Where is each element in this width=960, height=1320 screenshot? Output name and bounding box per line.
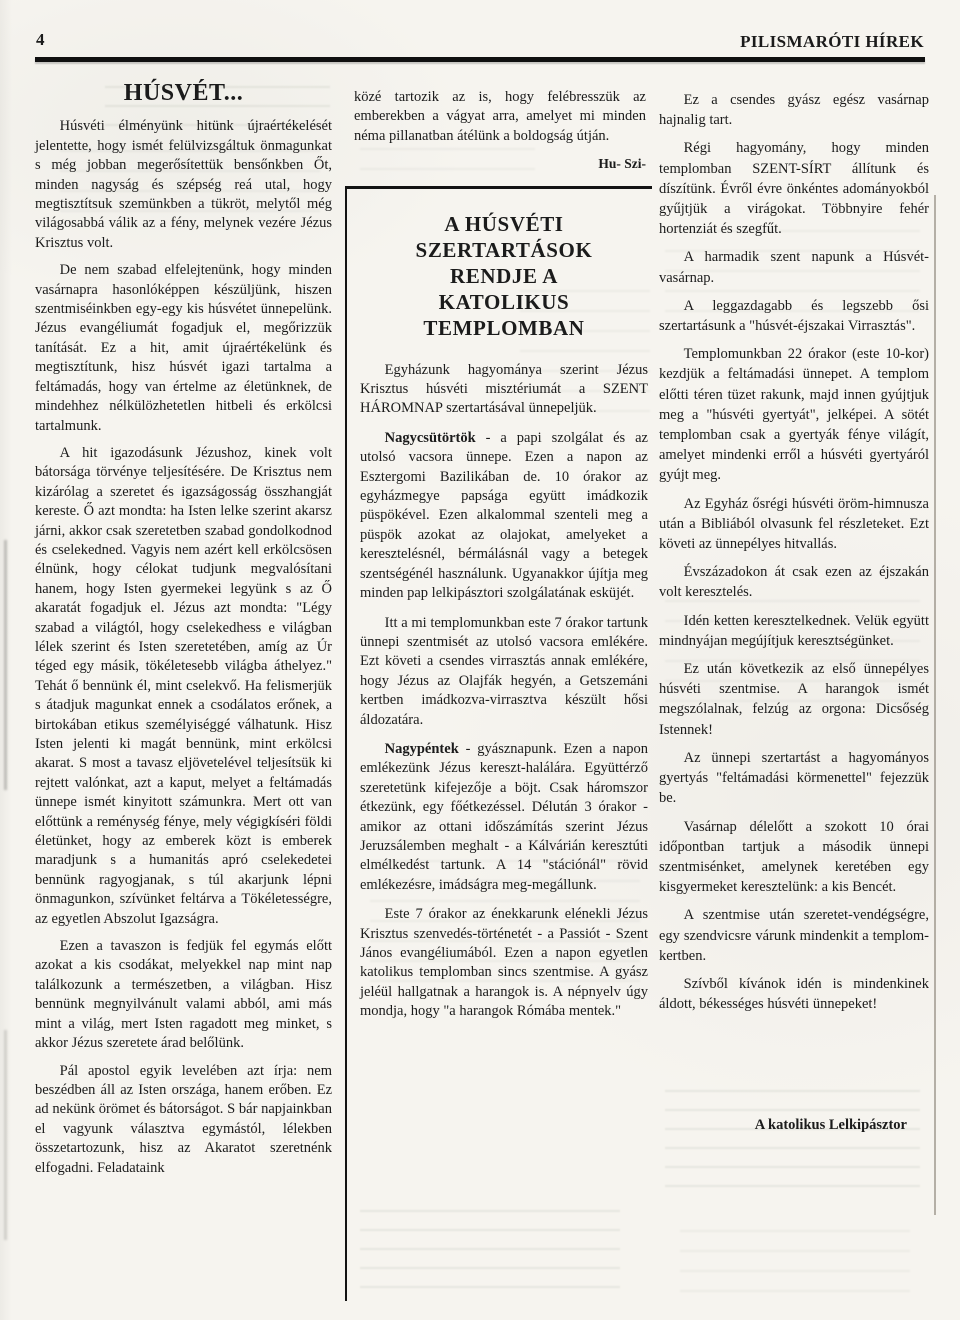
paragraph: Az Egyház ősrégi húsvéti öröm-himnusza u…	[659, 494, 929, 555]
paragraph: De nem szabad elfelejtenünk, hogy minden…	[35, 261, 332, 436]
paragraph: Vasárnap délelőtt a szokott 10 órai időp…	[659, 817, 929, 898]
scan-edge-smudge	[4, 1030, 7, 1240]
right-column-body: Ez a csendes gyász egész vasárnap hajnal…	[659, 90, 929, 1014]
article-body: Húsvéti élményünk hitünk újraértékelését…	[35, 117, 332, 1178]
bleedthrough-artifact	[680, 1230, 910, 1300]
paragraph: Az ünnepi szertartást a hagyományos gyer…	[659, 748, 929, 809]
paragraph: Pál apostol egyik levelében azt írja: ne…	[35, 1062, 332, 1178]
box-title: A HÚSVÉTI SZERTARTÁSOK RENDJE A KATOLIKU…	[383, 211, 625, 341]
page-number: 4	[36, 30, 45, 50]
article-title: HÚSVÉT...	[35, 84, 332, 103]
masthead-title: PILISMARÓTI HÍREK	[740, 32, 924, 52]
paragraph: Szívből kívánok idén is mindenkinek áldo…	[659, 974, 929, 1014]
header-rule	[35, 57, 925, 62]
paragraph: A szentmise után szeretet-vendégségre, e…	[659, 905, 929, 966]
ceremony-schedule-box: A HÚSVÉTI SZERTARTÁSOK RENDJE A KATOLIKU…	[345, 186, 652, 1301]
newspaper-page: 4 PILISMARÓTI HÍREK HÚSVÉT... Húsvéti él…	[0, 0, 960, 1320]
author-initials: Hu- Szi-	[345, 154, 646, 173]
right-column: Ez a csendes gyász egész vasárnap hajnal…	[659, 90, 929, 1136]
scan-edge-smudge	[4, 540, 7, 790]
page-edge-artifact	[934, 195, 936, 1215]
paragraph: Ezen a tavaszon is fedjük fel egymás elő…	[35, 937, 332, 1053]
paragraph: Ez a csendes gyász egész vasárnap hajnal…	[659, 90, 929, 130]
paragraph: Nagypéntek - gyásznapunk. Ezen a napon e…	[360, 740, 648, 895]
paragraph: Ez után következik az első ünnepélyes hú…	[659, 659, 929, 740]
paragraph: Régi hagyomány, hogy minden templomban S…	[659, 138, 929, 239]
paragraph: Egyházunk hagyománya szerint Jézus Krisz…	[360, 361, 648, 419]
middle-column: közé tartozik az is, hogy felébresszük a…	[345, 88, 652, 1301]
paragraph: Húsvéti élményünk hitünk újraértékelését…	[35, 117, 332, 253]
paragraph: Este 7 órakor az énekkarunk elénekli Jéz…	[360, 905, 648, 1021]
article-husvet: HÚSVÉT... Húsvéti élményünk hitünk újraé…	[35, 82, 332, 1186]
paragraph: Itt a mi templomunkban este 7 órakor tar…	[360, 614, 648, 730]
paragraph: Templomunkban 22 órakor (este 10-kor) ke…	[659, 344, 929, 485]
continuation-paragraph: közé tartozik az is, hogy felébresszük a…	[345, 88, 652, 146]
paragraph: Idén ketten keresztelkednek. Velük együt…	[659, 611, 929, 651]
paragraph: A leggazdagabb és legszebb ősi szertartá…	[659, 296, 929, 336]
author-signature: A katolikus Lelkipásztor	[659, 1116, 929, 1135]
paragraph: Évszázadokon át csak ezen az éjszakán vo…	[659, 562, 929, 602]
paragraph: A hit igazodásunk Jézushoz, kinek volt b…	[35, 444, 332, 929]
paragraph: A harmadik szent napunk a Húsvét-vasárna…	[659, 247, 929, 287]
box-body: Egyházunk hagyománya szerint Jézus Krisz…	[360, 361, 648, 1022]
paragraph: Nagycsütörtök - a papi szolgálat és az u…	[360, 429, 648, 604]
